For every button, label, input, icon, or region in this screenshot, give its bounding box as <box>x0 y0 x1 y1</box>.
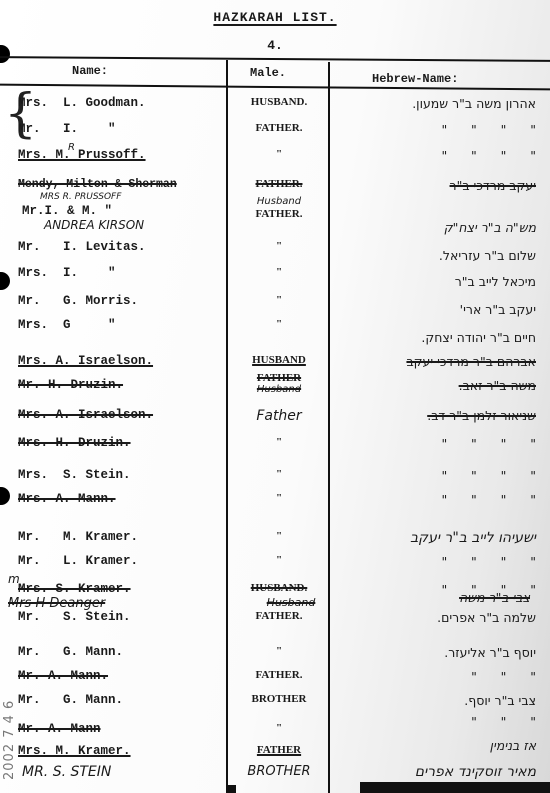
header-bottom-rule <box>0 84 550 91</box>
header-name: Name: <box>72 64 108 78</box>
table-row: Mr. G. Mann. BROTHER צבי ב"ר יוסף. <box>0 693 550 715</box>
table-row: Mr. I. Levitas. " שלום ב"ר עזריאל. <box>0 240 550 262</box>
table-row: Mr. M. Kramer. " ישעיהו לייב ב"ר יעקב <box>0 530 550 552</box>
table-row: Mr. I. " FATHER. " " " " <box>0 122 550 144</box>
table-row: Mr. G. Mann. " יוסף ב"ר אליעזר. <box>0 645 550 667</box>
header-male: Male. <box>250 66 286 80</box>
table-row: Mrs. A. Mann. " " " " " <box>0 492 550 514</box>
table-row: Mr. A. Mann. FATHER. " " " <box>0 669 550 691</box>
hazkarah-list-page: HAZKARAH LIST. 4. Name: Male. Hebrew-Nam… <box>0 0 550 793</box>
date-stamp: 2002 7 4 6 <box>2 640 18 780</box>
table-row: MRS R. PRUSSOFF Mr.I. & M. " ANDREA KIRS… <box>0 194 550 234</box>
table-row: Mrs. L. Goodman. HUSBAND. אהרון משה ב"ר … <box>0 96 550 118</box>
table-row: Mr. H. Druzin. FATHER Husband משה ב"ר זא… <box>0 378 550 400</box>
page-number: 4. <box>0 38 550 53</box>
header-hebrew-name: Hebrew-Name: <box>372 72 458 86</box>
table-row: Mrs. I. " " מיכאל לייב ב"ר <box>0 266 550 288</box>
scan-shadow <box>228 785 236 793</box>
table-top-rule <box>0 56 550 62</box>
table-row: Mr. G. Morris. " יעקב ב"ר ארי' <box>0 294 550 316</box>
table-row: Mrs. S. Stein. " " " " " <box>0 468 550 490</box>
table-row: Mr. S. Stein. FATHER. שלמה ב"ר אפרים. <box>0 610 550 632</box>
table-row: Mrs. M. Prussoff. R " " " " " <box>0 148 550 170</box>
table-row: Mrs. M. Kramer. FATHER אז בנימין <box>0 744 550 766</box>
document-title: HAZKARAH LIST. <box>0 10 550 25</box>
table-row: Mr. L. Kramer. " " " " " <box>0 554 550 576</box>
table-row: Mrs. A. Israelson. Father שניאור זלמן ב"… <box>0 408 550 430</box>
table-row: Mrs. H. Druzin. " " " " " <box>0 436 550 458</box>
scan-shadow <box>360 782 550 793</box>
table-row: Mrs. G " " חיים ב"ר יהודה יצחק. <box>0 318 550 340</box>
